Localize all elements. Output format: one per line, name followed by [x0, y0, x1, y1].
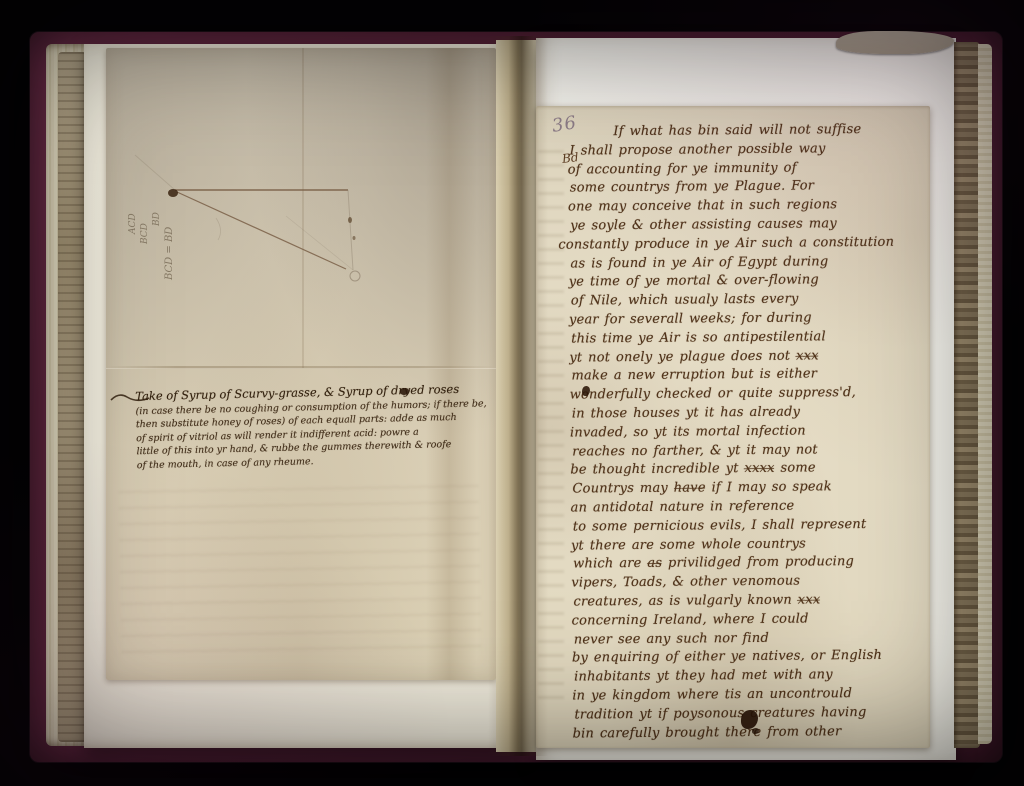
fold-crease-vertical — [302, 48, 304, 368]
sketch-label: BCD — [140, 223, 150, 244]
manuscript-line: to some pernicious evils, I shall repres… — [573, 515, 929, 537]
recipe-note: Take of Syrup of Scurvy-grasse, & Syrup … — [135, 382, 509, 472]
manuscript-line: in those houses yt it has already — [572, 402, 928, 424]
manuscript-line: which are a̶s̶ privilidged from producin… — [573, 553, 929, 575]
right-page-edges — [978, 44, 992, 744]
sketch-label: ACD — [128, 213, 138, 234]
manuscript-line: creatures, as is vulgarly known x̶x̶x̶ — [573, 590, 929, 612]
show-through-writing — [538, 150, 564, 710]
manuscript-line: of Nile, which usualy lasts every — [571, 290, 927, 312]
manuscript-line: ye soyle & other assisting causes may — [570, 214, 926, 236]
fold-crease-horizontal — [106, 366, 496, 369]
manuscript-line: Countrys may h̶a̶v̶e̶ if I may so speak — [572, 478, 928, 500]
gutter-fold — [496, 40, 536, 752]
left-document: ACDBCDBDBCD = BD Take of Syrup of Scurvy… — [106, 48, 496, 680]
manuscript-line: I shall propose another possible way — [569, 139, 925, 161]
manuscript-text: If what has bin said will not suffiseI s… — [567, 120, 928, 743]
sketch-circle — [350, 271, 360, 281]
manuscript-leaf-edges — [954, 42, 980, 748]
sketch-ink-blob — [168, 189, 178, 197]
manuscript-line: reaches no farther, & yt it may not — [572, 440, 928, 462]
manuscript-line: make a new erruption but is either — [571, 365, 927, 387]
manuscript-line: inhabitants yt they had met with any — [574, 666, 930, 688]
manuscript-line: some countrys from ye Plague. For — [570, 177, 926, 199]
folded-document-edge — [58, 52, 87, 742]
manuscript-line: never see any such nor find — [574, 628, 930, 650]
right-manuscript: 36 Bd If what has bin said will not suff… — [536, 106, 930, 748]
left-mount-page: ACDBCDBDBCD = BD Take of Syrup of Scurvy… — [84, 44, 524, 748]
sketch-label: BCD = BD — [164, 227, 175, 280]
manuscript-line: this time ye Air is so antipestilential — [571, 327, 927, 349]
sketch-label: BD — [152, 212, 162, 226]
manuscript-book-photo: ACDBCDBDBCD = BD Take of Syrup of Scurvy… — [0, 0, 1024, 786]
manuscript-line: as is found in ye Air of Egypt during — [570, 252, 926, 274]
show-through-writing — [119, 485, 482, 661]
tattered-leaf-edge — [836, 31, 954, 54]
